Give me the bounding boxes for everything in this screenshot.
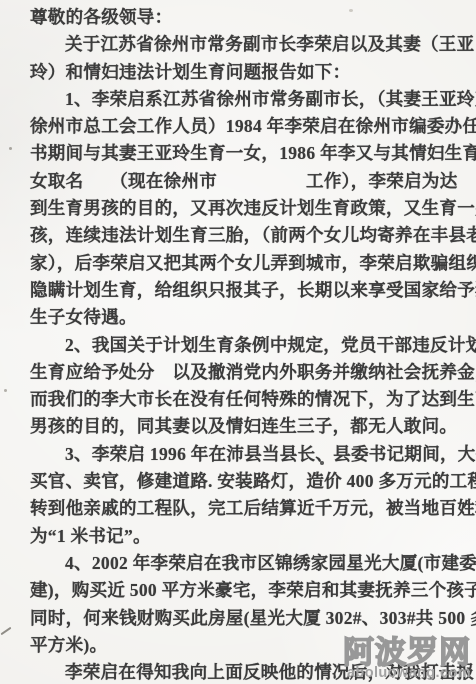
- text-line: 生子女待遇。: [30, 304, 466, 331]
- ink-speck: [320, 461, 324, 465]
- text-line: 尊敬的各级领导：: [30, 4, 466, 31]
- document-body: 尊敬的各级领导：关于江苏省徐州市常务副市长李荣启以及其妻（王亚玲）和情妇违法计划…: [30, 4, 466, 684]
- text-line: 2、我国关于计划生育条例中规定，党员干部违反计划: [30, 332, 466, 359]
- text-line: 隐瞒计划生育，给组织只报其子，长期以来享受国家给予独: [30, 277, 466, 304]
- text-line: 买官、卖官，修建道路. 安装路灯，造价 400 多万元的工程，: [30, 468, 466, 495]
- text-line: 建)，购买近 500 平方米豪宅，李荣启和其妻抚养三个孩子的: [30, 577, 466, 604]
- text-line: 家），后李荣启又把其两个女儿弄到城市，李荣启欺骗组织、: [30, 250, 466, 277]
- text-line: 同时，何来钱财购买此房屋(星光大厦 302#、303#共 500 多: [30, 605, 466, 632]
- watermark-site-url: aboluowang.com: [343, 665, 471, 681]
- ink-speck: ，: [454, 104, 469, 125]
- watermark: 阿波罗网 aboluowang.com: [343, 638, 471, 681]
- watermark-site-name: 阿波罗网: [343, 638, 471, 668]
- text-line: 转到他亲戚的工程队，完工后结算近千万元，被当地百姓称: [30, 495, 466, 522]
- text-line: 3、李荣启 1996 年在沛县当县长、县委书记期间，大肆: [30, 441, 466, 468]
- text-line: 玲）和情妇违法计划生育问题报告如下：: [30, 59, 466, 86]
- scanned-letter-page: 尊敬的各级领导：关于江苏省徐州市常务副市长李荣启以及其妻（王亚玲）和情妇违法计划…: [0, 0, 476, 684]
- text-line: 书期间与其妻王亚玲生育一女，1986 年李又与其情妇生育一: [30, 140, 466, 167]
- text-line: 关于江苏省徐州市常务副市长李荣启以及其妻（王亚: [30, 31, 466, 58]
- text-line: 女取名 （现在徐州市 工作），李荣启为达: [30, 168, 466, 195]
- pen-mark: [1, 627, 12, 636]
- ink-speck: [349, 9, 353, 12]
- text-line: 孩，连续违法计划生育三胎，（前两个女儿均寄养在丰县老: [30, 222, 466, 249]
- text-line: 男孩的目的，同其妻以及情妇连生三子，都无人敢问。: [30, 413, 466, 440]
- text-line: 为“1 米书记”。: [30, 523, 466, 550]
- text-line: 到生育男孩的目的，又再次违反计划生育政策，又生育一男: [30, 195, 466, 222]
- text-line: 而我们的李大市长在没有任何特殊的情况下，为了达到生育: [30, 386, 466, 413]
- text-line: 徐州市总工会工作人员）1984 年李荣启在徐州市编委办任秘: [30, 113, 466, 140]
- text-line: 生育应给予处分 以及撤消党内外职务并缴纳社会抚养金，: [30, 359, 466, 386]
- ink-speck: [9, 147, 12, 150]
- text-line: 1、李荣启系江苏省徐州市常务副市长，（其妻王亚玲系: [30, 86, 466, 113]
- ink-speck: [4, 389, 7, 392]
- text-line: 4、2002 年李荣启在我市区锦绣家园星光大厦(市建委所: [30, 550, 466, 577]
